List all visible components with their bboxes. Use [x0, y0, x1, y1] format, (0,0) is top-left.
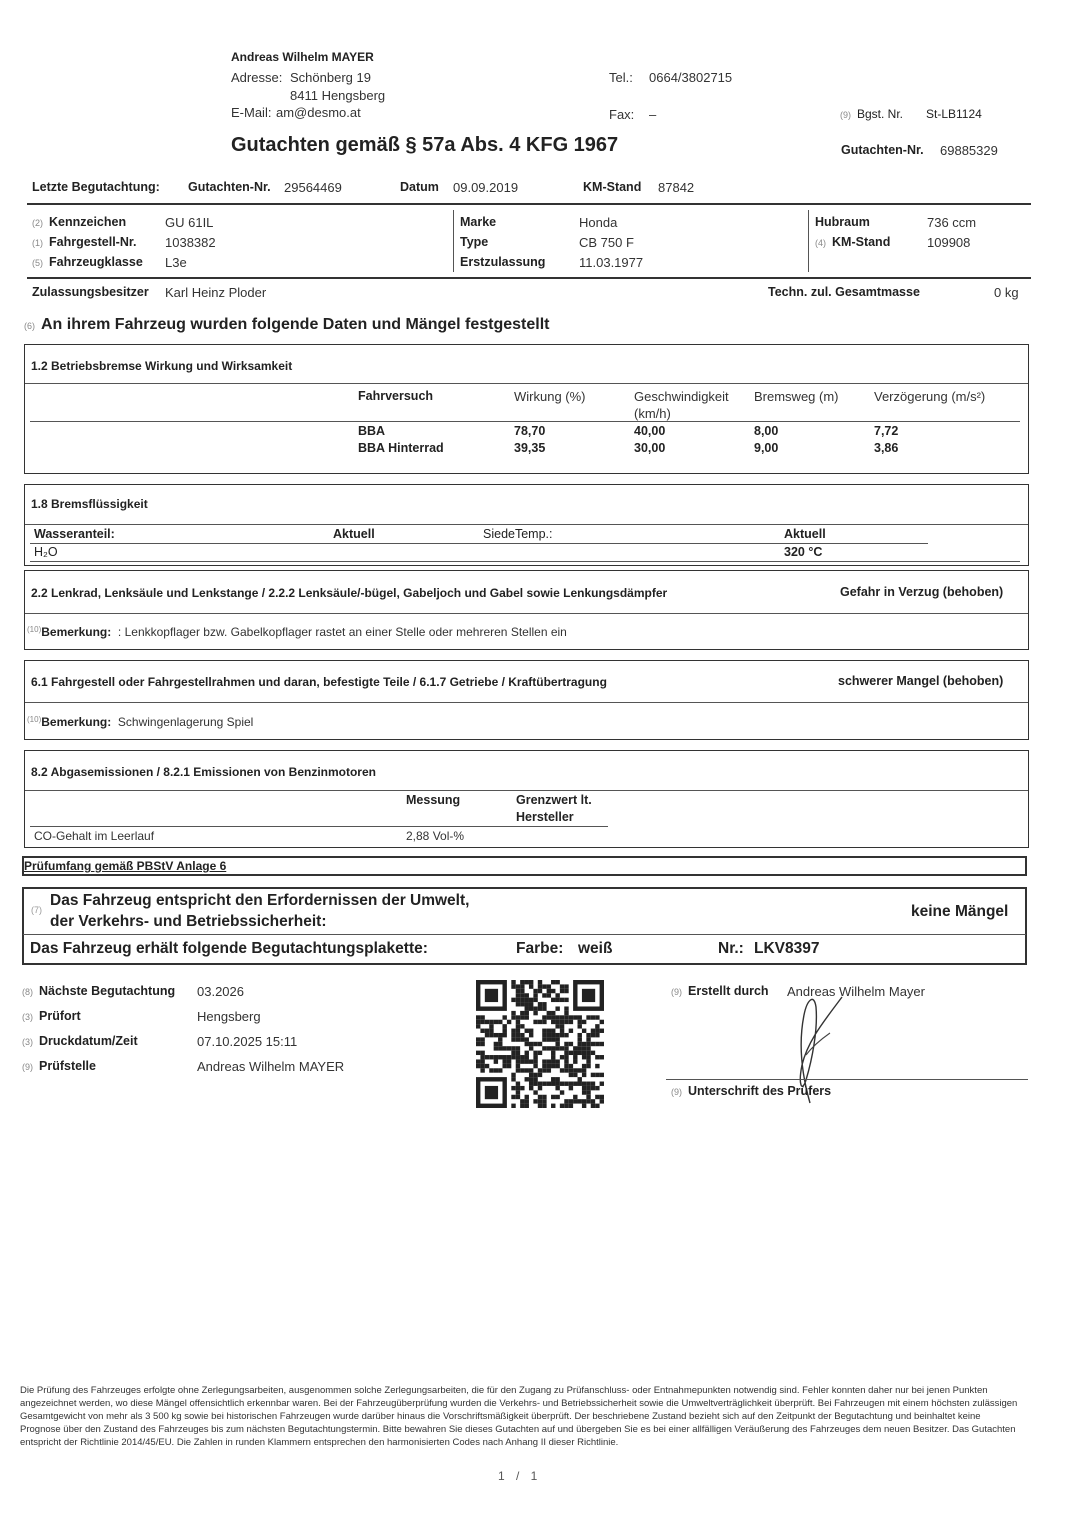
brake-cell-geschw: 30,00 — [634, 441, 665, 455]
last-gutachten-label: Gutachten-Nr. — [188, 180, 271, 194]
result-line2: der Verkehrs- und Betriebssicherheit: — [50, 913, 327, 931]
fluid-section — [24, 484, 1029, 566]
code-marker: (9) — [840, 110, 851, 120]
code-marker: (10) — [27, 625, 41, 634]
siede-value: 320 °C — [784, 545, 822, 559]
divider-vertical — [453, 210, 454, 272]
divider — [27, 203, 1031, 205]
divider — [25, 524, 1028, 525]
code-marker: (4) — [815, 238, 826, 248]
co-value: 2,88 Vol-% — [406, 829, 464, 843]
erstellt-label: Erstellt durch — [688, 984, 769, 998]
last-datum-value: 09.09.2019 — [453, 180, 518, 195]
result-line1: Das Fahrzeug entspricht den Erforderniss… — [50, 892, 469, 910]
address-line1: Schönberg 19 — [290, 70, 371, 85]
km-label: KM-Stand — [832, 235, 890, 249]
page-number: 1 / 1 — [498, 1469, 541, 1483]
findings-heading-text: An ihrem Fahrzeug wurden folgende Daten … — [41, 316, 550, 333]
email-value: am@desmo.at — [276, 105, 361, 120]
defect-steering-severity: Gefahr in Verzug (behoben) — [840, 585, 1003, 599]
marke-value: Honda — [579, 215, 617, 230]
defect-frame-remark: (10)Bemerkung: Schwingenlagerung Spiel — [27, 715, 253, 729]
pruefort-field: (3)Prüfort — [22, 1009, 81, 1023]
address-label: Adresse: — [231, 70, 282, 85]
bgst-field: (9)Bgst. Nr. — [840, 107, 903, 121]
defect-steering-remark: (10)Bemerkung: : Lenkkopflager bzw. Gabe… — [27, 625, 567, 639]
pruefort-label: Prüfort — [39, 1009, 81, 1023]
kennzeichen-value: GU 61IL — [165, 215, 213, 230]
address-line2: 8411 Hengsberg — [290, 88, 385, 103]
brake-cell-test: BBA — [358, 424, 385, 438]
nr-value: LKV8397 — [754, 940, 819, 958]
divider — [25, 613, 1028, 614]
divider — [25, 383, 1028, 384]
nr-label: Nr.: — [718, 940, 744, 958]
unterschrift-field: (9)Unterschrift des Prüfers — [671, 1084, 831, 1098]
remark-text: : Lenkkopflager bzw. Gabelkopflager rast… — [118, 625, 567, 639]
divider — [23, 934, 1026, 935]
fax-value: – — [649, 107, 656, 122]
divider — [25, 702, 1028, 703]
code-marker: (8) — [22, 987, 33, 997]
code-marker: (9) — [22, 1062, 33, 1072]
brake-cell-wirkung: 39,35 — [514, 441, 545, 455]
plakette-label: Das Fahrzeug erhält folgende Begutachtun… — [30, 940, 428, 958]
gutachten-nr-label: Gutachten-Nr. — [841, 143, 924, 157]
pruefstelle-value: Andreas Wilhelm MAYER — [197, 1059, 344, 1074]
farbe-value: weiß — [578, 940, 612, 958]
kennzeichen-label: Kennzeichen — [49, 215, 126, 229]
grenzwert-label-2: Hersteller — [516, 810, 574, 824]
divider — [30, 543, 928, 544]
divider-vertical — [808, 210, 809, 272]
col-geschw-1: Geschwindigkeit — [634, 389, 729, 404]
remark-label: Bemerkung: — [41, 715, 111, 729]
tel-label: Tel.: — [609, 70, 633, 85]
bgst-value: St-LB1124 — [926, 107, 982, 121]
brake-cell-bremsweg: 8,00 — [754, 424, 778, 438]
code-marker: (9) — [671, 987, 682, 997]
code-marker: (3) — [22, 1012, 33, 1022]
co-label: CO-Gehalt im Leerlauf — [34, 829, 154, 843]
divider — [25, 790, 1028, 791]
col-fahrversuch: Fahrversuch — [358, 389, 433, 403]
next-inspection-field: (8)Nächste Begutachtung — [22, 984, 175, 998]
hubraum-label: Hubraum — [815, 215, 870, 229]
brake-cell-wirkung: 78,70 — [514, 424, 545, 438]
klasse-label: Fahrzeugklasse — [49, 255, 143, 269]
erstellt-field: (9)Erstellt durch — [671, 984, 769, 998]
fluid-title: 1.8 Bremsflüssigkeit — [31, 497, 148, 511]
unterschrift-label: Unterschrift des Prüfers — [688, 1084, 831, 1098]
remark-label: Bemerkung: — [41, 625, 111, 639]
brake-cell-verz: 7,72 — [874, 424, 898, 438]
last-gutachten-value: 29564469 — [284, 180, 342, 195]
last-km-label: KM-Stand — [583, 180, 641, 194]
code-marker: (6) — [24, 321, 35, 331]
col-wirkung: Wirkung (%) — [514, 389, 586, 404]
col-verzoegerung: Verzögerung (m/s²) — [874, 389, 985, 404]
erstzulassung-value: 11.03.1977 — [579, 255, 643, 270]
pruefstelle-label: Prüfstelle — [39, 1059, 96, 1073]
type-value: CB 750 F — [579, 235, 634, 250]
masse-label: Techn. zul. Gesamtmasse — [768, 285, 920, 299]
kennzeichen-field: (2)Kennzeichen — [32, 215, 126, 229]
pruefstelle-field: (9)Prüfstelle — [22, 1059, 96, 1073]
code-marker: (5) — [32, 258, 43, 268]
remark-text: Schwingenlagerung Spiel — [118, 715, 253, 729]
result-code: (7) — [31, 905, 42, 915]
hubraum-value: 736 ccm — [927, 215, 976, 230]
fahrgestell-label: Fahrgestell-Nr. — [49, 235, 137, 249]
type-label: Type — [460, 235, 488, 249]
bgst-label: Bgst. Nr. — [857, 107, 903, 121]
aktuell2-label: Aktuell — [784, 527, 826, 541]
divider — [30, 826, 608, 827]
last-km-value: 87842 — [658, 180, 694, 195]
code-marker: (10) — [27, 715, 41, 724]
findings-heading: (6)An ihrem Fahrzeug wurden folgende Dat… — [24, 316, 550, 334]
siede-label: SiedeTemp.: — [483, 527, 552, 541]
fahrgestell-field: (1)Fahrgestell-Nr. — [32, 235, 137, 249]
pruefort-value: Hengsberg — [197, 1009, 261, 1024]
marke-label: Marke — [460, 215, 496, 229]
qr-code — [476, 980, 604, 1108]
divider — [30, 561, 1020, 562]
defect-frame-title: 6.1 Fahrgestell oder Fahrgestellrahmen u… — [31, 675, 607, 689]
document-title: Gutachten gemäß § 57a Abs. 4 KFG 1967 — [231, 134, 618, 157]
brake-cell-verz: 3,86 — [874, 441, 898, 455]
h2o-label: H₂O — [34, 545, 58, 559]
druckdatum-label: Druckdatum/Zeit — [39, 1034, 138, 1048]
scope-text: Prüfumfang gemäß PBStV Anlage 6 — [24, 859, 226, 873]
code-marker: (1) — [32, 238, 43, 248]
klasse-field: (5)Fahrzeugklasse — [32, 255, 143, 269]
aktuell1-label: Aktuell — [333, 527, 375, 541]
messung-label: Messung — [406, 793, 460, 807]
result-verdict: keine Mängel — [911, 903, 1008, 921]
wasser-label: Wasseranteil: — [34, 527, 115, 541]
brake-cell-geschw: 40,00 — [634, 424, 665, 438]
next-inspection-value: 03.2026 — [197, 984, 244, 999]
next-inspection-label: Nächste Begutachtung — [39, 984, 175, 998]
km-value: 109908 — [927, 235, 970, 250]
farbe-label: Farbe: — [516, 940, 563, 958]
brakes-title: 1.2 Betriebsbremse Wirkung und Wirksamke… — [31, 359, 292, 373]
fahrgestell-value: 1038382 — [165, 235, 216, 250]
disclaimer-text: Die Prüfung des Fahrzeuges erfolgte ohne… — [20, 1384, 1020, 1449]
emissions-title: 8.2 Abgasemissionen / 8.2.1 Emissionen v… — [31, 765, 376, 779]
grenzwert-label-1: Grenzwert lt. — [516, 793, 592, 807]
defect-steering-title: 2.2 Lenkrad, Lenksäule und Lenkstange / … — [31, 586, 667, 600]
code-marker: (9) — [671, 1087, 682, 1097]
besitzer-value: Karl Heinz Ploder — [165, 285, 266, 300]
brake-cell-bremsweg: 9,00 — [754, 441, 778, 455]
brake-cell-test: BBA Hinterrad — [358, 441, 444, 455]
col-geschw-2: (km/h) — [634, 406, 671, 421]
besitzer-label: Zulassungsbesitzer — [32, 285, 149, 299]
signature-line — [666, 1079, 1028, 1080]
last-inspection-label: Letzte Begutachtung: — [32, 180, 160, 194]
issuer-name: Andreas Wilhelm MAYER — [231, 50, 374, 64]
code-marker: (2) — [32, 218, 43, 228]
fax-label: Fax: — [609, 107, 634, 122]
gutachten-nr-value: 69885329 — [940, 143, 998, 158]
last-datum-label: Datum — [400, 180, 439, 194]
col-bremsweg: Bremsweg (m) — [754, 389, 839, 404]
divider — [27, 277, 1031, 279]
divider — [30, 421, 1020, 422]
druckdatum-field: (3)Druckdatum/Zeit — [22, 1034, 138, 1048]
druckdatum-value: 07.10.2025 15:11 — [197, 1034, 297, 1049]
km-field: (4)KM-Stand — [815, 235, 890, 249]
tel-value: 0664/3802715 — [649, 70, 732, 85]
email-label: E-Mail: — [231, 105, 271, 120]
masse-value: 0 kg — [994, 285, 1019, 300]
defect-frame-severity: schwerer Mangel (behoben) — [838, 674, 1003, 688]
erstzulassung-label: Erstzulassung — [460, 255, 545, 269]
code-marker: (3) — [22, 1037, 33, 1047]
klasse-value: L3e — [165, 255, 187, 270]
